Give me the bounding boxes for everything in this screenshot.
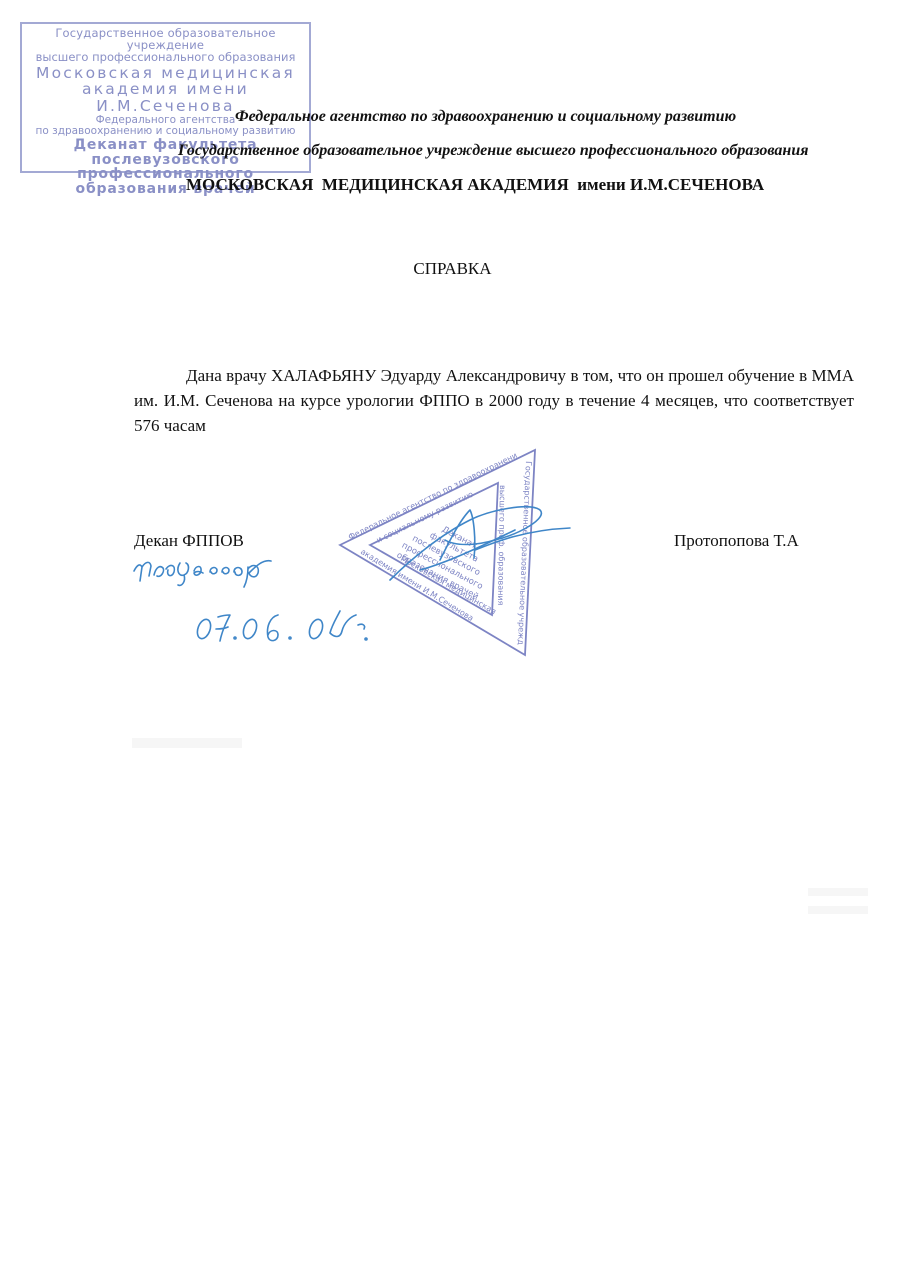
stamp-line: по здравоохранению и социальному развити… bbox=[22, 126, 309, 137]
scan-artifact bbox=[132, 738, 242, 748]
header-institution: Государственное образовательное учрежден… bbox=[178, 142, 808, 160]
signer-name: Протопопова Т.А bbox=[674, 531, 799, 551]
handwritten-title-professor bbox=[130, 545, 300, 590]
document-body: Дана врачу ХАЛАФЬЯНУ Эдуарду Александров… bbox=[134, 363, 854, 438]
dean-signature bbox=[380, 490, 580, 590]
body-text: Дана врачу ХАЛАФЬЯНУ Эдуарду Александров… bbox=[134, 366, 854, 435]
scan-artifact bbox=[808, 906, 868, 914]
stamp-line: Государственное образовательное учрежден… bbox=[22, 27, 309, 51]
header-academy: МОСКОВСКАЯ МЕДИЦИНСКАЯ АКАДЕМИЯ имени И.… bbox=[186, 175, 764, 195]
scan-artifact bbox=[808, 888, 868, 896]
stamp-line: высшего профессионального образования bbox=[22, 51, 309, 63]
document-title: СПРАВКА bbox=[0, 259, 905, 279]
header-agency: Федеральное агентство по здравоохранению… bbox=[235, 108, 736, 126]
stamp-line: Московская медицинская bbox=[22, 65, 309, 81]
